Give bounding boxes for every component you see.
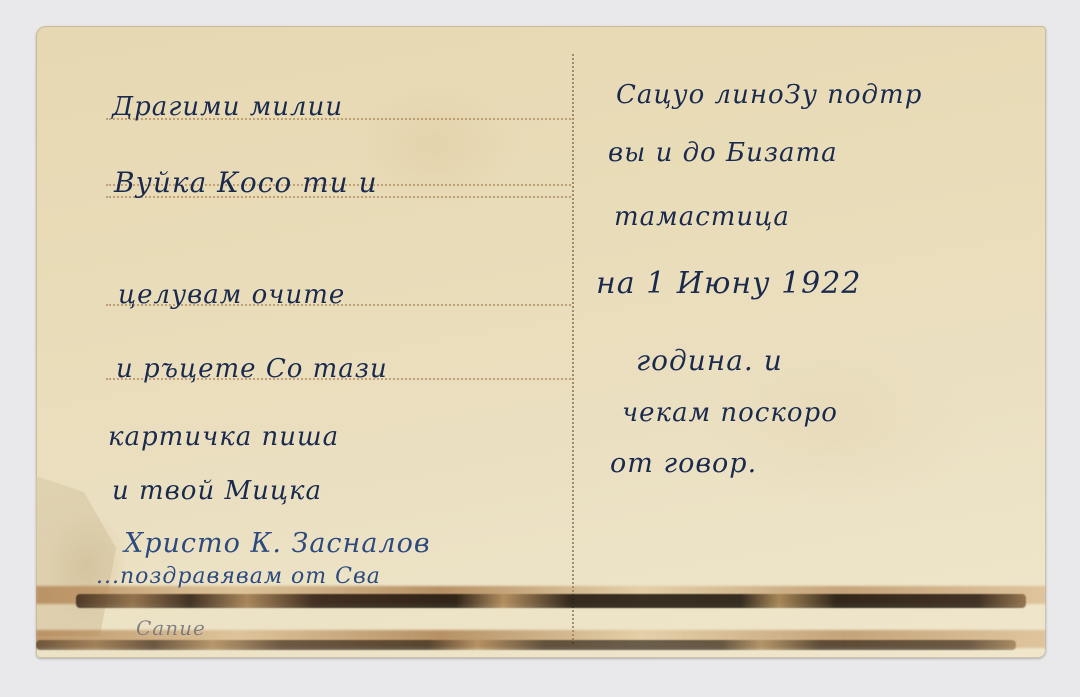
left-line-4: и ръцете Со тази — [116, 354, 388, 384]
right-line-7: от говор. — [610, 448, 757, 479]
left-line-3: целувам очите — [118, 280, 345, 310]
paper-tear-stain — [36, 476, 116, 636]
date-line: на 1 Июну 1922 — [596, 266, 861, 301]
bottom-line-1: ...поздравявам от Сва — [96, 564, 381, 589]
signature-line: Христо К. Засналов — [124, 528, 431, 559]
left-line-1: Драгими милии — [112, 92, 343, 122]
left-line-2: Вуйка Косо ти и — [114, 166, 378, 199]
right-line-1: Сацуо линоЗу подтр — [616, 80, 922, 110]
postcard: Драгими милии Вуйка Косо ти и целувам оч… — [36, 26, 1046, 658]
right-line-3: тамастица — [614, 202, 790, 232]
bottom-line-2: Сапие — [136, 616, 206, 640]
vertical-dotted-divider — [572, 54, 574, 644]
right-line-5: година. и — [636, 344, 783, 377]
right-line-2: вы и до Бизата — [608, 138, 838, 168]
scorch-mark — [76, 594, 1026, 608]
right-line-6: чекам поскоро — [622, 398, 838, 428]
left-line-6: и твой Мицка — [112, 476, 322, 506]
left-line-5: картичка пиша — [108, 422, 339, 452]
scorch-mark — [36, 640, 1016, 650]
